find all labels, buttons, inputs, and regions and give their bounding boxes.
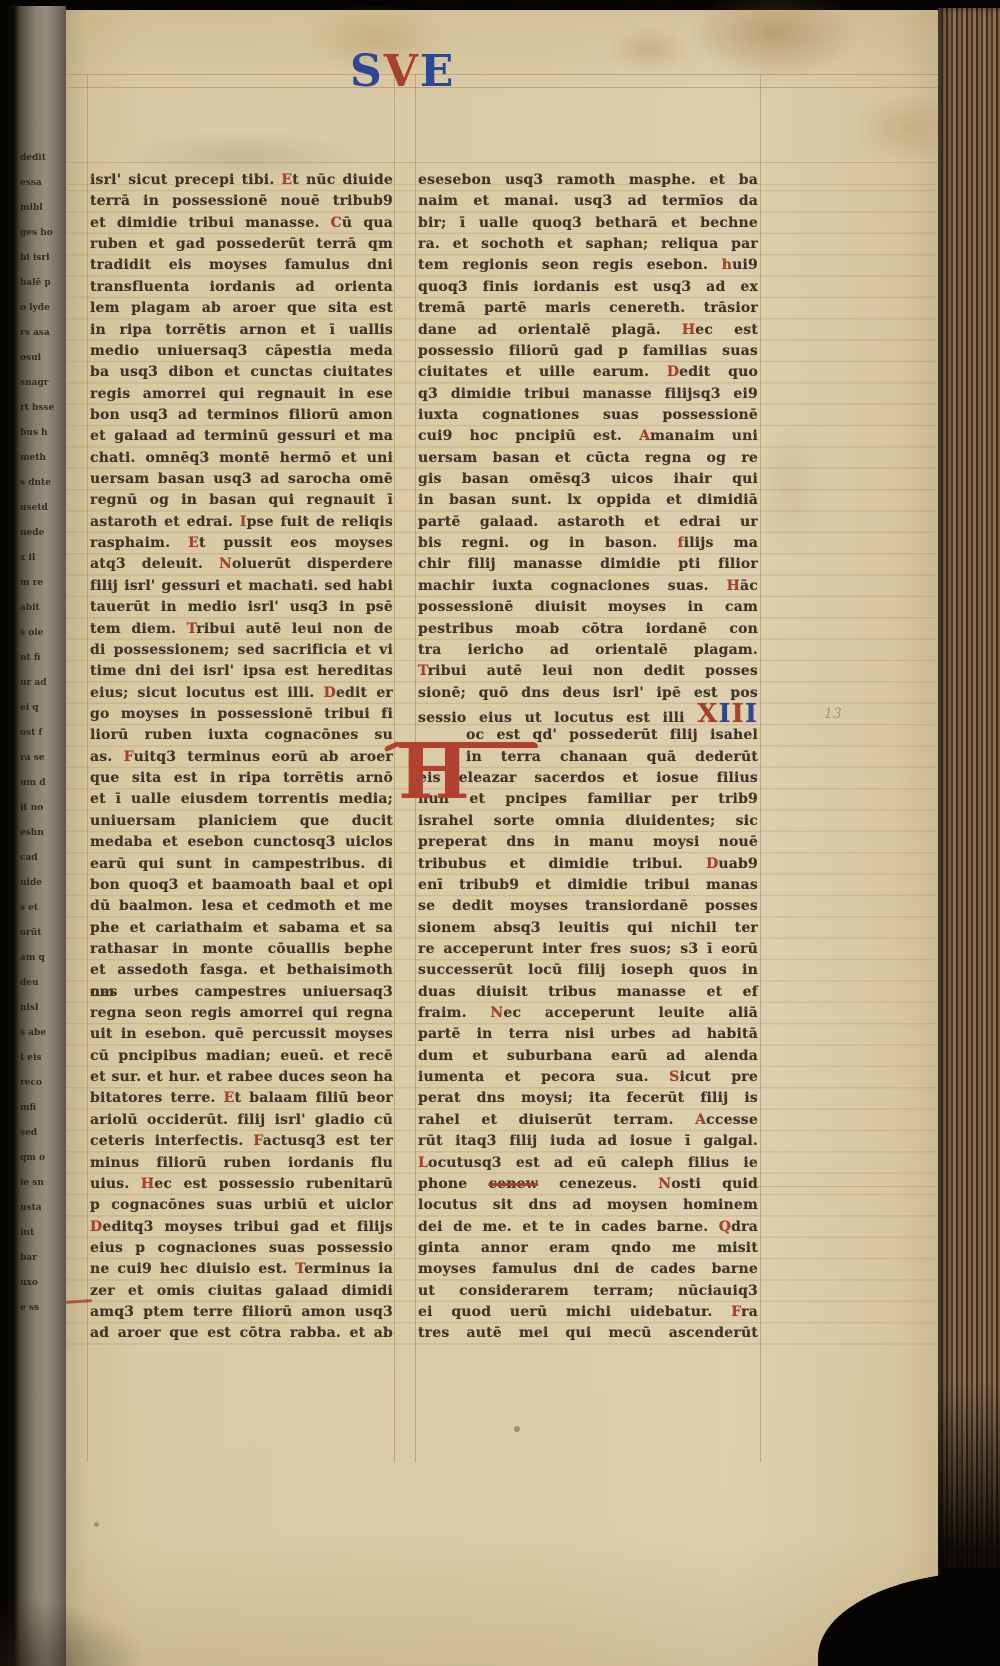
chapter-initial-letter: H xyxy=(398,732,458,816)
text-span: ccesse xyxy=(706,1112,758,1128)
text-span: uit in esebon. quē percussit moyses xyxy=(90,1026,393,1042)
text-span: dei de me. et te in cades barne. xyxy=(418,1219,719,1235)
text-line: in basan sunt. lx oppida et dimidiā xyxy=(418,490,758,511)
text-line: uius. Hec est possessio rubenitarū xyxy=(90,1174,393,1195)
running-header-letter: S xyxy=(350,48,382,100)
text-span: tradidit eis moyses famulus dni xyxy=(90,257,393,273)
text-span: et ī ualle eiusdem torrentis media; xyxy=(90,791,393,807)
text-span: pestribus moab cōtra iordanē con xyxy=(418,621,758,637)
gutter-fragment: ra se xyxy=(20,746,64,771)
text-span: perat dns moysi; ita fecerūt filij is xyxy=(418,1090,758,1106)
text-span: ec acceperunt leuite aliā xyxy=(503,1005,758,1021)
text-line: uersam basan usq3 ad sarocha omē xyxy=(90,469,393,490)
text-line: re acceperunt inter fres suos; s3 ī eorū xyxy=(418,939,758,960)
text-line: quoq3 finis iordanis est usq3 ad ex xyxy=(418,277,758,298)
text-line: minus filiorū ruben iordanis flu xyxy=(90,1153,393,1174)
gutter-fragment: s abe xyxy=(20,1021,64,1046)
text-span: locutus sit dns ad moysen hominem xyxy=(418,1197,758,1213)
gutter-fragment: reco xyxy=(20,1071,64,1096)
text-line: successerūt locū filij ioseph quos in xyxy=(418,960,758,981)
text-span: bon usq3 ad terminos filiorū amon xyxy=(90,407,393,423)
text-line: cū pncipibus madian; eueū. et recē xyxy=(90,1046,393,1067)
text-span: ilijs ma xyxy=(684,535,758,551)
text-line: ut considerarem terram; nūciauiq3 xyxy=(418,1281,758,1302)
text-span: uersam basan et cūcta regna og re xyxy=(418,450,758,466)
text-line: esesebon usq3 ramoth masphe. et ba xyxy=(418,170,758,191)
text-line: machir iuxta cognaciones suas. Hāc xyxy=(418,576,758,597)
gutter-fragment: mfi xyxy=(20,1096,64,1121)
text-line: dū baalmon. lesa et cedmoth et me xyxy=(90,896,393,917)
gutter-fragment: e ss xyxy=(20,1296,64,1321)
text-span: ei quod uerū michi uidebatur. xyxy=(418,1304,731,1320)
gutter-fragment: rt bsse xyxy=(20,396,64,421)
text-span: iuxta cognationes suas possessionē xyxy=(418,407,758,423)
text-span: rathasar in monte cōuallis bephe xyxy=(90,941,393,957)
text-line: zer et omis ciuitas galaad dimidi xyxy=(90,1281,393,1302)
gutter-fragment: rs asa xyxy=(20,321,64,346)
text-span: osti quid xyxy=(671,1176,758,1192)
text-span: ceteris interfectis. xyxy=(90,1133,253,1149)
text-span: tem regionis seon regis esebon. xyxy=(418,257,722,273)
text-span: N xyxy=(219,556,232,572)
text-span: tres autē mei qui mecū ascenderūt xyxy=(418,1325,758,1341)
text-line: ciuitates et uille earum. Dedit quo xyxy=(418,362,758,383)
text-span: edit quo xyxy=(679,364,758,380)
gutter-fragment: nisl xyxy=(20,996,64,1021)
text-span: gis basan omēsq3 uicos ihair qui xyxy=(418,471,758,487)
text-span: uersam basan usq3 ad sarocha omē xyxy=(90,471,393,487)
text-span: actusq3 est ter xyxy=(263,1133,393,1149)
gutter-fragment: dedit xyxy=(20,146,64,171)
gutter-fragment: ei q xyxy=(20,696,64,721)
text-line: phone cenew cenezeus. Nosti quid xyxy=(418,1174,758,1195)
text-span: regnū og in basan qui regnauit ī xyxy=(90,492,393,508)
struck-word: cenew xyxy=(488,1176,538,1192)
gutter-fragment: osui xyxy=(20,346,64,371)
ruling-line xyxy=(62,74,938,75)
text-span: N xyxy=(490,1005,503,1021)
text-line: atq3 deleuit. Noluerūt disperdere xyxy=(90,554,393,575)
text-span: T xyxy=(418,663,428,679)
gutter-fragment: snagr xyxy=(20,371,64,396)
text-line: Locutusq3 est ad eū caleph filius ie xyxy=(418,1153,758,1174)
text-line: bon usq3 ad terminos filiorū amon xyxy=(90,405,393,426)
text-line: tremā partē maris cenereth. trāsior xyxy=(418,298,758,319)
text-span: editq3 moyses tribui gad et filijs xyxy=(102,1219,393,1235)
text-line: possessionē diuisit moyses in cam xyxy=(418,597,758,618)
gutter-fragment: ost f xyxy=(20,721,64,746)
gutter-fragment: ges ho xyxy=(20,221,64,246)
text-span: E xyxy=(188,535,199,551)
text-span: chati. omnēq3 montē hermō et uni xyxy=(90,450,393,466)
text-span: ruben et gad possederūt terrā qm xyxy=(90,236,393,252)
gutter-fragment: um d xyxy=(20,771,64,796)
text-line: as. Fuitq3 terminus eorū ab aroer xyxy=(90,747,393,768)
text-line: sessio eius ut locutus est illi XIII xyxy=(418,704,758,725)
text-span: rahel et diuiserūt terram. xyxy=(418,1112,695,1128)
text-span: moyses famulus dni de cades barne xyxy=(418,1261,758,1277)
text-span: t nūc diuide xyxy=(292,172,393,188)
text-span: F xyxy=(731,1304,741,1320)
text-span: ut considerarem terram; nūciauiq3 xyxy=(418,1283,758,1299)
text-line: tauerūt in medio isrl' usq3 in psē xyxy=(90,597,393,618)
ruling-line xyxy=(62,162,938,163)
text-span: medio uniuersaq3 cāpestia meda xyxy=(90,343,393,359)
text-span: dra xyxy=(731,1219,758,1235)
text-span: cū pncipibus madian; eueū. et recē xyxy=(90,1048,393,1064)
text-line: transfluenta iordanis ad orienta xyxy=(90,277,393,298)
text-span: t balaam filiū beor xyxy=(235,1090,394,1106)
text-line: tradidit eis moyses famulus dni xyxy=(90,255,393,276)
text-span: fraim. xyxy=(418,1005,490,1021)
text-line: liorū ruben iuxta cognacōnes su xyxy=(90,725,393,746)
text-line: isrl' sicut precepi tibi. Et nūc diuide xyxy=(90,170,393,191)
text-span: quoq3 finis iordanis est usq3 ad ex xyxy=(418,279,758,295)
text-span: ra. et sochoth et saphan; reliqua par xyxy=(418,236,758,252)
text-span: ne cui9 hec diuisio est. xyxy=(90,1261,295,1277)
facing-page-text-fragments: deditessamiblges hobi isrlbalē po lyders… xyxy=(20,146,64,1321)
text-span: zer et omis ciuitas galaad dimidi xyxy=(90,1283,393,1299)
gutter-fragment: deu xyxy=(20,971,64,996)
gutter-fragment: bar xyxy=(20,1246,64,1271)
text-span: enī tribub9 et dimidie tribui manas xyxy=(418,877,758,893)
text-span: A xyxy=(639,428,650,444)
text-span: regis amorrei qui regnauit in ese xyxy=(90,386,393,402)
text-line: bon quoq3 et baamoath baal et opi xyxy=(90,875,393,896)
text-line: phe et cariathaim et sabama et sa xyxy=(90,918,393,939)
facing-page-gutter: deditessamiblges hobi isrlbalē po lyders… xyxy=(8,6,66,1666)
text-span: cenezeus. xyxy=(538,1176,658,1192)
text-line: ne cui9 hec diuisio est. Terminus ia xyxy=(90,1259,393,1280)
text-span: ribui autē leui non de xyxy=(196,621,393,637)
text-span: C xyxy=(331,215,342,231)
text-span: D xyxy=(667,364,679,380)
text-line: gis basan omēsq3 uicos ihair qui xyxy=(418,469,758,490)
text-span: transfluenta iordanis ad orienta xyxy=(90,279,393,295)
text-line: bitatores terre. Et balaam filiū beor xyxy=(90,1088,393,1109)
text-span: tra iericho ad orientalē plagam. xyxy=(418,642,758,658)
gutter-fragment: ur ad xyxy=(20,671,64,696)
text-line: iuxta cognationes suas possessionē xyxy=(418,405,758,426)
text-line: regis amorrei qui regnauit in ese xyxy=(90,384,393,405)
text-span: Q xyxy=(719,1219,731,1235)
text-line: q3 dimidie tribui manasse filijsq3 ei9 xyxy=(418,384,758,405)
text-line: chati. omnēq3 montē hermō et uni xyxy=(90,448,393,469)
text-span: nes urbes campestres uniuersaq3 xyxy=(90,984,393,1000)
text-line: duas diuisit tribus manasse et ef xyxy=(418,982,758,1003)
text-span: rasphaim. xyxy=(90,535,188,551)
text-line: bir; ī ualle quoq3 betharā et bechne xyxy=(418,213,758,234)
gutter-fragment: s oie xyxy=(20,621,64,646)
gutter-fragment: s dnte xyxy=(20,471,64,496)
text-line: uersam basan et cūcta regna og re xyxy=(418,448,758,469)
text-span: p cognacōnes suas urbiū et uiclor xyxy=(90,1197,393,1213)
text-line: et dimidie tribui manasse. Cū qua xyxy=(90,213,393,234)
text-span: preperat dns in manu moysi nouē xyxy=(418,834,758,850)
gutter-fragment: usetd xyxy=(20,496,64,521)
text-line: ariolū occiderūt. filij isrl' gladio cū xyxy=(90,1110,393,1131)
text-line: terrā in possessionē nouē tribub9 xyxy=(90,191,393,212)
text-line: cui9 hoc pncipiū est. Amanaim uni xyxy=(418,426,758,447)
text-span: lem plagam ab aroer que sita est xyxy=(90,300,393,316)
text-line: perat dns moysi; ita fecerūt filij is xyxy=(418,1088,758,1109)
text-line: et sur. et hur. et rabee duces seon ha xyxy=(90,1067,393,1088)
text-span: dū baalmon. lesa et cedmoth et me xyxy=(90,898,393,914)
text-span: ba usq3 dibon et cunctas ciuitates xyxy=(90,364,393,380)
text-span: q3 dimidie tribui manasse filijsq3 ei9 xyxy=(418,386,758,402)
text-span: oluerūt disperdere xyxy=(232,556,393,572)
text-line: et assedoth fasga. et bethaisimoth om xyxy=(90,960,393,981)
text-line: medio uniuersaq3 cāpestia meda xyxy=(90,341,393,362)
text-line: chir filij manasse dimidie pti filior xyxy=(418,554,758,575)
text-span: h xyxy=(722,257,732,273)
text-span: dane ad orientalē plagā. xyxy=(418,322,682,338)
text-line: ruben et gad possederūt terrā qm xyxy=(90,234,393,255)
text-line: tres autē mei qui mecū ascenderūt xyxy=(418,1323,758,1344)
gutter-fragment: nt fi xyxy=(20,646,64,671)
text-span: eius; sicut locutus est illi. xyxy=(90,685,324,701)
text-line: Tribui autē leui non dedit posses xyxy=(418,661,758,682)
text-span: erminus ia xyxy=(304,1261,393,1277)
text-span: successerūt locū filij ioseph quos in xyxy=(418,962,758,978)
text-line: tem diem. Tribui autē leui non de xyxy=(90,619,393,640)
text-span: dum et suburbana earū ad alenda xyxy=(418,1048,758,1064)
text-span: A xyxy=(695,1112,706,1128)
text-line: go moyses in possessionē tribui fi xyxy=(90,704,393,725)
text-span: edit er xyxy=(336,685,393,701)
text-span: que sita est in ripa torrētis arnō xyxy=(90,770,393,786)
running-header: SVE xyxy=(350,48,453,100)
gutter-fragment: uide xyxy=(20,871,64,896)
fore-edge-shadow xyxy=(938,1380,1000,1580)
text-line: astaroth et edrai. Ipse fuit de reliqis xyxy=(90,512,393,533)
text-line: et ī ualle eiusdem torrentis media; xyxy=(90,789,393,810)
text-span: tauerūt in medio isrl' usq3 in psē xyxy=(90,599,393,615)
gutter-fragment: it no xyxy=(20,796,64,821)
text-span: icut pre xyxy=(680,1069,758,1085)
text-line: preperat dns in manu moysi nouē xyxy=(418,832,758,853)
text-span: bon quoq3 et baamoath baal et opi xyxy=(90,877,393,893)
text-line: eius; sicut locutus est illi. Dedit er xyxy=(90,683,393,704)
text-span: possessio filiorū gad p familias suas xyxy=(418,343,758,359)
text-span: astaroth et edrai. xyxy=(90,514,240,530)
text-span: phe et cariathaim et sabama et sa xyxy=(90,920,393,936)
text-span: E xyxy=(281,172,292,188)
text-span: manaim uni xyxy=(650,428,758,444)
text-span: ribui autē leui non dedit posses xyxy=(428,663,758,679)
text-span: duas diuisit tribus manasse et ef xyxy=(418,984,758,1000)
text-span: E xyxy=(224,1090,235,1106)
text-span: uitq3 terminus eorū ab aroer xyxy=(134,749,393,765)
text-line: dum et suburbana earū ad alenda xyxy=(418,1046,758,1067)
text-span: cui9 hoc pncipiū est. xyxy=(418,428,639,444)
text-span: partē in terra nisi urbes ad habitā xyxy=(418,1026,758,1042)
text-span: go moyses in possessionē tribui fi xyxy=(90,706,393,722)
text-span: ad aroer que est cōtra rabba. et ab xyxy=(90,1325,393,1341)
gutter-fragment: t eis xyxy=(20,1046,64,1071)
text-span: ū qua xyxy=(342,215,393,231)
gutter-fragment: orūt xyxy=(20,921,64,946)
book-fore-edge-pages xyxy=(938,8,1000,1568)
text-span: tremā partē maris cenereth. trāsior xyxy=(418,300,758,316)
text-span: N xyxy=(658,1176,671,1192)
running-header-letter: V xyxy=(384,48,418,100)
text-line: rathasar in monte cōuallis bephe xyxy=(90,939,393,960)
text-span: ec est possessio rubenitarū xyxy=(154,1176,393,1192)
gutter-fragment: eshn xyxy=(20,821,64,846)
gutter-fragment: x il xyxy=(20,546,64,571)
text-span: time dni dei isrl' ipsa est hereditas xyxy=(90,663,393,679)
text-line: partē in terra nisi urbes ad habitā xyxy=(418,1024,758,1045)
text-line: moyses famulus dni de cades barne xyxy=(418,1259,758,1280)
gutter-fragment: sed xyxy=(20,1121,64,1146)
text-span: earū qui sunt in campestribus. di xyxy=(90,856,393,872)
text-span: isrl' sicut precepi tibi. xyxy=(90,172,281,188)
text-span: machir iuxta cognaciones suas. xyxy=(418,578,727,594)
running-header-letter: E xyxy=(420,48,454,100)
text-span: T xyxy=(295,1261,304,1277)
text-span: I xyxy=(240,514,247,530)
text-span: ec est xyxy=(695,322,758,338)
text-span: t pussit eos moyses xyxy=(199,535,393,551)
text-line: p cognacōnes suas urbiū et uiclor xyxy=(90,1195,393,1216)
text-span: eius p cognaciones suas possessio xyxy=(90,1240,393,1256)
text-span: bir; ī ualle quoq3 betharā et bechne xyxy=(418,215,758,231)
text-span: ciuitates et uille earum. xyxy=(418,364,667,380)
gutter-fragment: int xyxy=(20,1221,64,1246)
text-span: F xyxy=(253,1133,262,1149)
text-span: as. xyxy=(90,749,124,765)
text-span: chir filij manasse dimidie pti filior xyxy=(418,556,758,572)
text-line: ad aroer que est cōtra rabba. et ab xyxy=(90,1323,393,1344)
text-span: partē galaad. astaroth et edrai ur xyxy=(418,514,758,530)
text-span: D xyxy=(706,856,718,872)
text-span: bis regni. og in bason. xyxy=(418,535,677,551)
text-line: dane ad orientalē plagā. Hec est xyxy=(418,320,758,341)
gutter-fragment: balē p xyxy=(20,271,64,296)
text-line: eius p cognaciones suas possessio xyxy=(90,1238,393,1259)
text-span: naim et manai. usq3 ad termīos da xyxy=(418,193,758,209)
text-line: Deditq3 moyses tribui gad et filijs xyxy=(90,1217,393,1238)
text-span: āc xyxy=(740,578,758,594)
gutter-fragment: nede xyxy=(20,521,64,546)
text-line: rūt itaq3 filij iuda ad iosue ī galgal. xyxy=(418,1131,758,1152)
text-span: ariolū occiderūt. filij isrl' gladio cū xyxy=(90,1112,393,1128)
text-span: terrā in possessionē nouē tribub9 xyxy=(90,193,393,209)
text-span: uius. xyxy=(90,1176,141,1192)
page-corner-shadow xyxy=(0,1596,150,1666)
text-span: in terra chanaan quā dederūt xyxy=(466,749,758,765)
text-column-left: isrl' sicut precepi tibi. Et nūc diuidet… xyxy=(90,170,393,1345)
text-line: earū qui sunt in campestribus. di xyxy=(90,854,393,875)
text-span: in ripa torrētis arnon et ī uallis xyxy=(90,322,393,338)
gutter-fragment: am q xyxy=(20,946,64,971)
text-span: ra xyxy=(741,1304,758,1320)
text-line: uniuersam planiciem que ducit xyxy=(90,811,393,832)
text-span: et dimidie tribui manasse. xyxy=(90,215,331,231)
text-line: time dni dei isrl' ipsa est hereditas xyxy=(90,661,393,682)
gutter-fragment: m re xyxy=(20,571,64,596)
text-line: amq3 ptem terre filiorū amon usq3 xyxy=(90,1302,393,1323)
text-line: medaba et esebon cunctosq3 uiclos xyxy=(90,832,393,853)
text-line: dei de me. et te in cades barne. Qdra xyxy=(418,1217,758,1238)
gutter-fragment: mibl xyxy=(20,196,64,221)
gutter-fragment: bi isrl xyxy=(20,246,64,271)
text-span: se dedit moyses transiordanē posses xyxy=(418,898,758,914)
text-span: F xyxy=(124,749,134,765)
text-line: se dedit moyses transiordanē posses xyxy=(418,896,758,917)
text-line: ba usq3 dibon et cunctas ciuitates xyxy=(90,362,393,383)
text-line: in ripa torrētis arnon et ī uallis xyxy=(90,320,393,341)
text-span: H xyxy=(682,322,695,338)
text-span: et sur. et hur. et rabee duces seon ha xyxy=(90,1069,393,1085)
text-line: uit in esebon. quē percussit moyses xyxy=(90,1024,393,1045)
text-span: et galaad ad terminū gessuri et ma xyxy=(90,428,393,444)
text-line: ceteris interfectis. Factusq3 est ter xyxy=(90,1131,393,1152)
manuscript-photo: SVE isrl' sicut precepi tibi. Et nūc diu… xyxy=(0,0,1000,1666)
text-span: filij isrl' gessuri et machati. sed habi xyxy=(90,578,393,594)
text-span: minus filiorū ruben iordanis flu xyxy=(90,1155,393,1171)
text-span: S xyxy=(669,1069,679,1085)
text-line: tem regionis seon regis esebon. hui9 xyxy=(418,255,758,276)
text-span: H xyxy=(141,1176,154,1192)
text-span: possessionē diuisit moyses in cam xyxy=(418,599,758,615)
text-span: uniuersam planiciem que ducit xyxy=(90,813,393,829)
text-line: lem plagam ab aroer que sita est xyxy=(90,298,393,319)
text-span: L xyxy=(418,1155,428,1171)
gutter-fragment: ie sn xyxy=(20,1171,64,1196)
text-line: ra. et sochoth et saphan; reliqua par xyxy=(418,234,758,255)
gutter-fragment: meth xyxy=(20,446,64,471)
text-span: tem diem. xyxy=(90,621,187,637)
gutter-fragment: abit xyxy=(20,596,64,621)
gutter-fragment: qm o xyxy=(20,1146,64,1171)
text-line: tra iericho ad orientalē plagam. xyxy=(418,640,758,661)
margin-chapter-note-pencil: 13 xyxy=(824,706,842,722)
text-span: ocutusq3 est ad eū caleph filius ie xyxy=(428,1155,758,1171)
gutter-fragment: o lyde xyxy=(20,296,64,321)
text-line: partē galaad. astaroth et edrai ur xyxy=(418,512,758,533)
text-line: rasphaim. Et pussit eos moyses xyxy=(90,533,393,554)
text-span: amq3 ptem terre filiorū amon usq3 xyxy=(90,1304,393,1320)
text-span: iumenta et pecora sua. xyxy=(418,1069,669,1085)
text-line: sionem absq3 leuitis qui nichil ter xyxy=(418,918,758,939)
text-span: bitatores terre. xyxy=(90,1090,224,1106)
text-line: bis regni. og in bason. filijs ma xyxy=(418,533,758,554)
gutter-fragment: s et xyxy=(20,896,64,921)
text-span: in basan sunt. lx oppida et dimidiā xyxy=(418,492,758,508)
text-line: naim et manai. usq3 ad termīos da xyxy=(418,191,758,212)
text-span: D xyxy=(90,1219,102,1235)
text-span: T xyxy=(187,621,197,637)
text-span: atq3 deleuit. xyxy=(90,556,219,572)
text-line: enī tribub9 et dimidie tribui manas xyxy=(418,875,758,896)
text-span: rūt itaq3 filij iuda ad iosue ī galgal. xyxy=(418,1133,758,1149)
text-span: re acceperunt inter fres suos; s3 ī eorū xyxy=(418,941,758,957)
text-span: uab9 xyxy=(718,856,758,872)
text-span: esesebon usq3 ramoth masphe. et ba xyxy=(418,172,758,188)
text-line: pestribus moab cōtra iordanē con xyxy=(418,619,758,640)
gutter-fragment: bus h xyxy=(20,421,64,446)
text-span: sionem absq3 leuitis qui nichil ter xyxy=(418,920,758,936)
text-span: liorū ruben iuxta cognacōnes su xyxy=(90,727,393,743)
text-line: ei quod uerū michi uidebatur. Fra xyxy=(418,1302,758,1323)
gutter-fragment: uxo xyxy=(20,1271,64,1296)
text-line: locutus sit dns ad moysen hominem xyxy=(418,1195,758,1216)
text-span: phone xyxy=(418,1176,488,1192)
ruling-line xyxy=(62,87,938,88)
text-span: medaba et esebon cunctosq3 uiclos xyxy=(90,834,393,850)
